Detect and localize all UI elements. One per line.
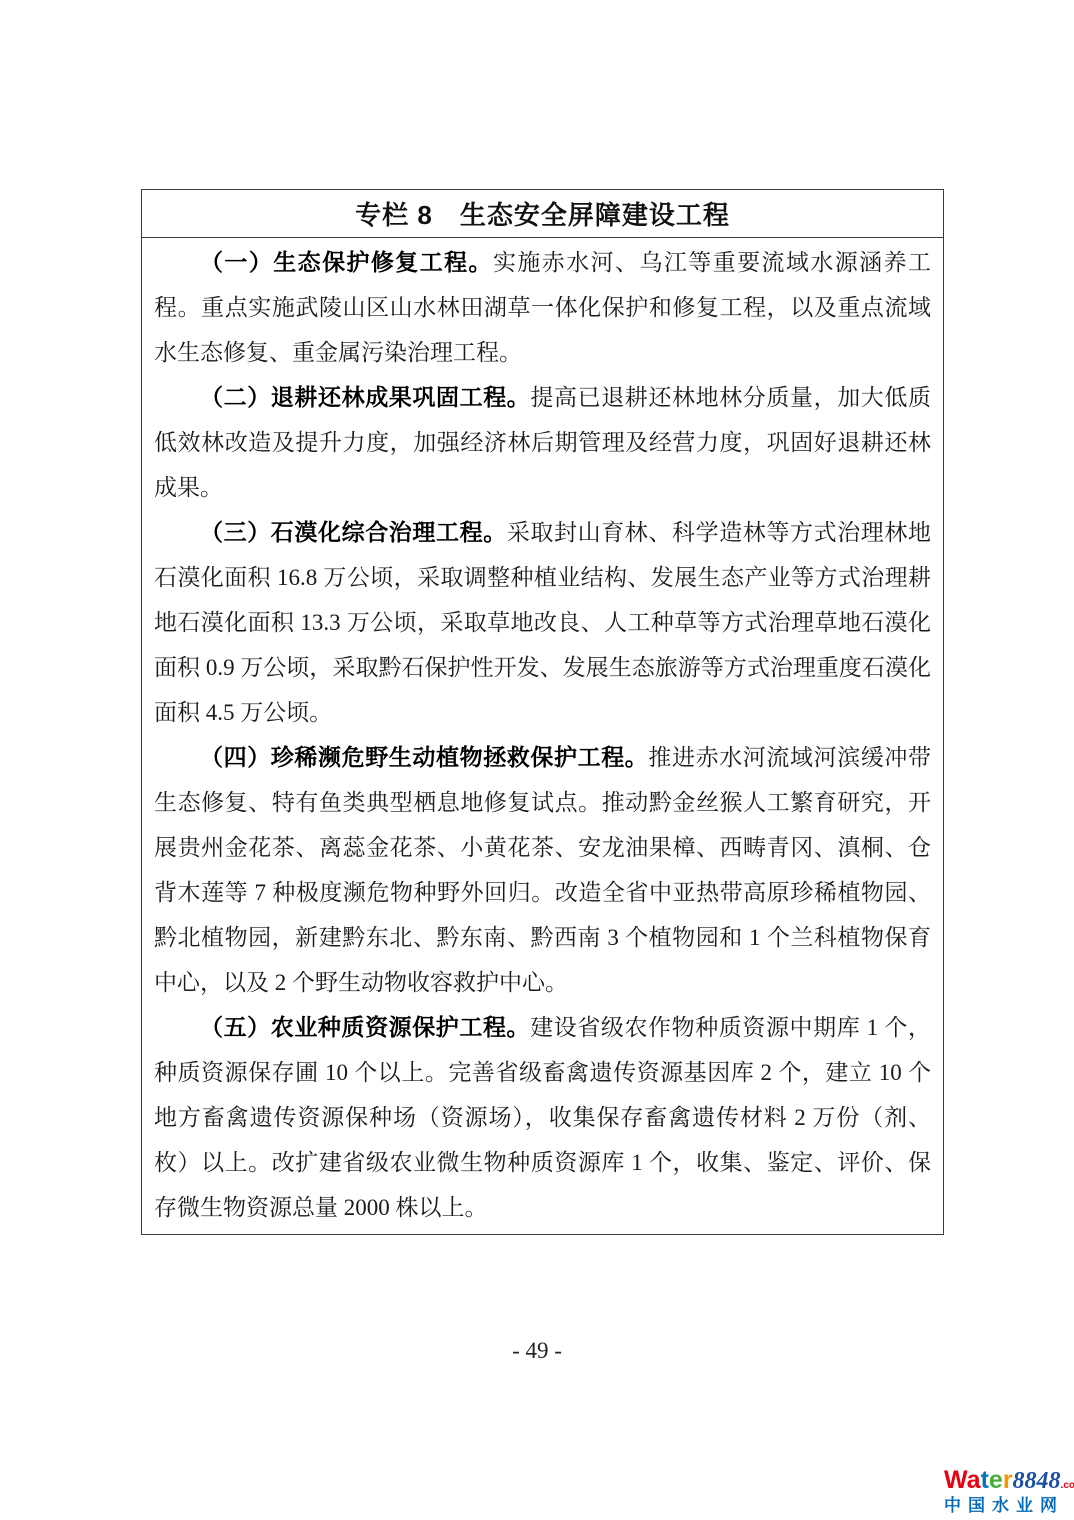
paragraph-heading: （二）退耕还林成果巩固工程。 [200, 385, 530, 410]
paragraph-endangered-species: （四）珍稀濒危野生动植物拯救保护工程。推进赤水河流域河滨缓冲带生态修复、特有鱼类… [154, 735, 931, 1005]
paragraph-text: 采取封山育林、科学造林等方式治理林地石漠化面积 16.8 万公顷，采取调整种植业… [154, 520, 931, 725]
paragraph-text: 建设省级农作物种质资源中期库 1 个，种质资源保存圃 10 个以上。完善省级畜禽… [154, 1015, 931, 1220]
water8848-watermark-logo: Water8848.com 中国水业网 [944, 1468, 1074, 1514]
brand-number: 8848 [1013, 1468, 1061, 1494]
paragraph-heading: （三）石漠化综合治理工程。 [200, 520, 507, 545]
panel-body: （一）生态保护修复工程。实施赤水河、乌江等重要流域水源涵养工程。重点实施武陵山区… [142, 238, 943, 1236]
brand-tld: .com [1061, 1480, 1074, 1491]
column-8-panel: 专栏 8 生态安全屏障建设工程 （一）生态保护修复工程。实施赤水河、乌江等重要流… [141, 189, 944, 1235]
watermark-subtitle: 中国水业网 [944, 1497, 1074, 1514]
page-number: - 49 - [0, 1338, 1074, 1364]
brand-letter-e: e [989, 1466, 1003, 1494]
paragraph-farmland-to-forest: （二）退耕还林成果巩固工程。提高已退耕还林地林分质量，加大低质低效林改造及提升力… [154, 375, 931, 510]
paragraph-heading: （四）珍稀濒危野生动植物拯救保护工程。 [200, 745, 648, 770]
watermark-brand-line: Water8848.com [944, 1468, 1074, 1493]
paragraph-heading: （一）生态保护修复工程。 [200, 250, 493, 275]
paragraph-ecological-restoration: （一）生态保护修复工程。实施赤水河、乌江等重要流域水源涵养工程。重点实施武陵山区… [154, 240, 931, 375]
paragraph-rocky-desertification: （三）石漠化综合治理工程。采取封山育林、科学造林等方式治理林地石漠化面积 16.… [154, 510, 931, 735]
brand-letter-r: r [1003, 1466, 1013, 1494]
paragraph-text: 推进赤水河流域河滨缓冲带生态修复、特有鱼类典型栖息地修复试点。推动黔金丝猴人工繁… [154, 745, 931, 995]
brand-letter-w: W [944, 1466, 967, 1494]
brand-letter-a: a [967, 1466, 981, 1494]
paragraph-germplasm-resources: （五）农业种质资源保护工程。建设省级农作物种质资源中期库 1 个，种质资源保存圃… [154, 1005, 931, 1230]
panel-title: 专栏 8 生态安全屏障建设工程 [142, 190, 943, 238]
paragraph-heading: （五）农业种质资源保护工程。 [200, 1015, 530, 1040]
brand-letter-t: t [981, 1466, 989, 1494]
